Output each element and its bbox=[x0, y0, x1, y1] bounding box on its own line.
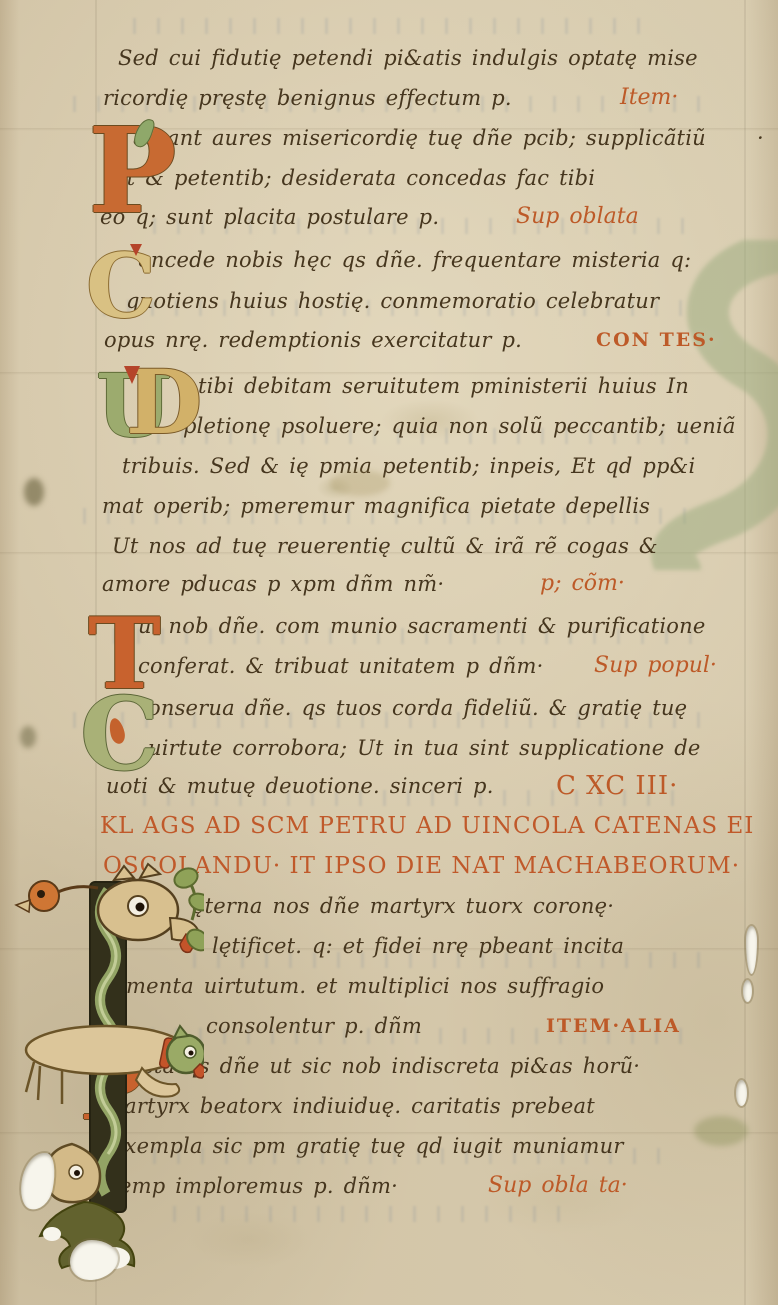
initial-P-pateant: P bbox=[88, 112, 177, 230]
initial-C-concede: C bbox=[86, 242, 156, 330]
latin-text: · bbox=[757, 118, 764, 158]
latin-text: ui nob dñe. com munio sacramenti & purif… bbox=[138, 606, 705, 646]
latin-text: conferat. & tribuat unitatem p dñm· bbox=[138, 646, 544, 686]
latin-text: Sed cui fidutię petendi pi&atis indulgis… bbox=[118, 38, 698, 78]
latin-text: mat operib; pmeremur magnifica pietate d… bbox=[102, 486, 650, 526]
latin-text: uoti & mutuę deuotione. sinceri p. bbox=[106, 766, 494, 806]
text-line: Sed cui fidutię petendi pi&atis indulgis… bbox=[0, 38, 778, 78]
latin-text: ut & petentib; desiderata concedas fac t… bbox=[113, 158, 595, 198]
bleedthrough-text bbox=[120, 18, 640, 34]
latin-text: ateant aures misericordię tuę dñe pcib; … bbox=[133, 118, 706, 158]
red-accent-icon bbox=[124, 366, 140, 384]
rubric: CON TES· bbox=[596, 320, 717, 360]
latin-text: tribuis. Sed & ię pmia petentib; inpeis,… bbox=[122, 446, 695, 486]
bird-head-icon bbox=[16, 881, 98, 912]
latin-text: ęterna nos dñe martyrx tuorx coronę· bbox=[192, 886, 614, 926]
rubric: ITEM·ALIA bbox=[546, 1006, 681, 1046]
latin-text: uirtute corrobora; Ut in tua sint suppli… bbox=[148, 728, 701, 768]
edge-chip bbox=[743, 980, 752, 1002]
rubric: p; cõm· bbox=[540, 564, 625, 604]
rubric: C XC III· bbox=[556, 766, 678, 806]
latin-text: consolentur p. dñm bbox=[206, 1006, 422, 1046]
latin-text: onserua dñe. qs tuos corda fideliũ. & gr… bbox=[148, 688, 687, 728]
latin-text: oncede nobis hęc qs dñe. frequentare mis… bbox=[138, 240, 691, 280]
initial-letter: C bbox=[86, 234, 156, 338]
text-line: Ut nos ad tuę reuerentię cultũ & irã rẽ … bbox=[0, 526, 778, 566]
initial-C-conserva: C bbox=[80, 684, 160, 784]
vere-dignum-monogram: U D bbox=[96, 352, 206, 448]
rubric: Sup obla ta· bbox=[488, 1166, 628, 1206]
rubric: Sup oblata bbox=[516, 197, 639, 237]
text-line: KL AGS AD SCM PETRU AD UINCOLA CATENAS E… bbox=[0, 806, 778, 846]
latin-text: tibi debitam seruitutem pministerii huiu… bbox=[198, 366, 689, 406]
latin-text: lętificet. q: et fidei nrę pbeant incita bbox=[212, 926, 624, 966]
rubric: Sup popul· bbox=[594, 646, 717, 686]
rubric: KL AGS AD SCM PETRU AD UINCOLA CATENAS E… bbox=[100, 806, 754, 846]
red-accent-icon bbox=[130, 244, 142, 256]
text-line: mat operib; pmeremur magnifica pietate d… bbox=[0, 486, 778, 526]
bleedthrough-text bbox=[160, 1206, 580, 1222]
parchment-leaf: Sed cui fidutię petendi pi&atis indulgis… bbox=[0, 0, 778, 1305]
latin-text: Ut nos ad tuę reuerentię cultũ & irã rẽ … bbox=[112, 526, 658, 566]
rubric: Item· bbox=[620, 78, 678, 118]
latin-text: quotiens huius hostię. conmemoratio cele… bbox=[126, 281, 659, 321]
zoomorphic-initial bbox=[14, 862, 204, 1282]
latin-text: pletionę psoluere; quia non solũ peccant… bbox=[183, 406, 736, 446]
edge-chip bbox=[736, 1080, 747, 1106]
initial-letter: P bbox=[88, 101, 177, 240]
